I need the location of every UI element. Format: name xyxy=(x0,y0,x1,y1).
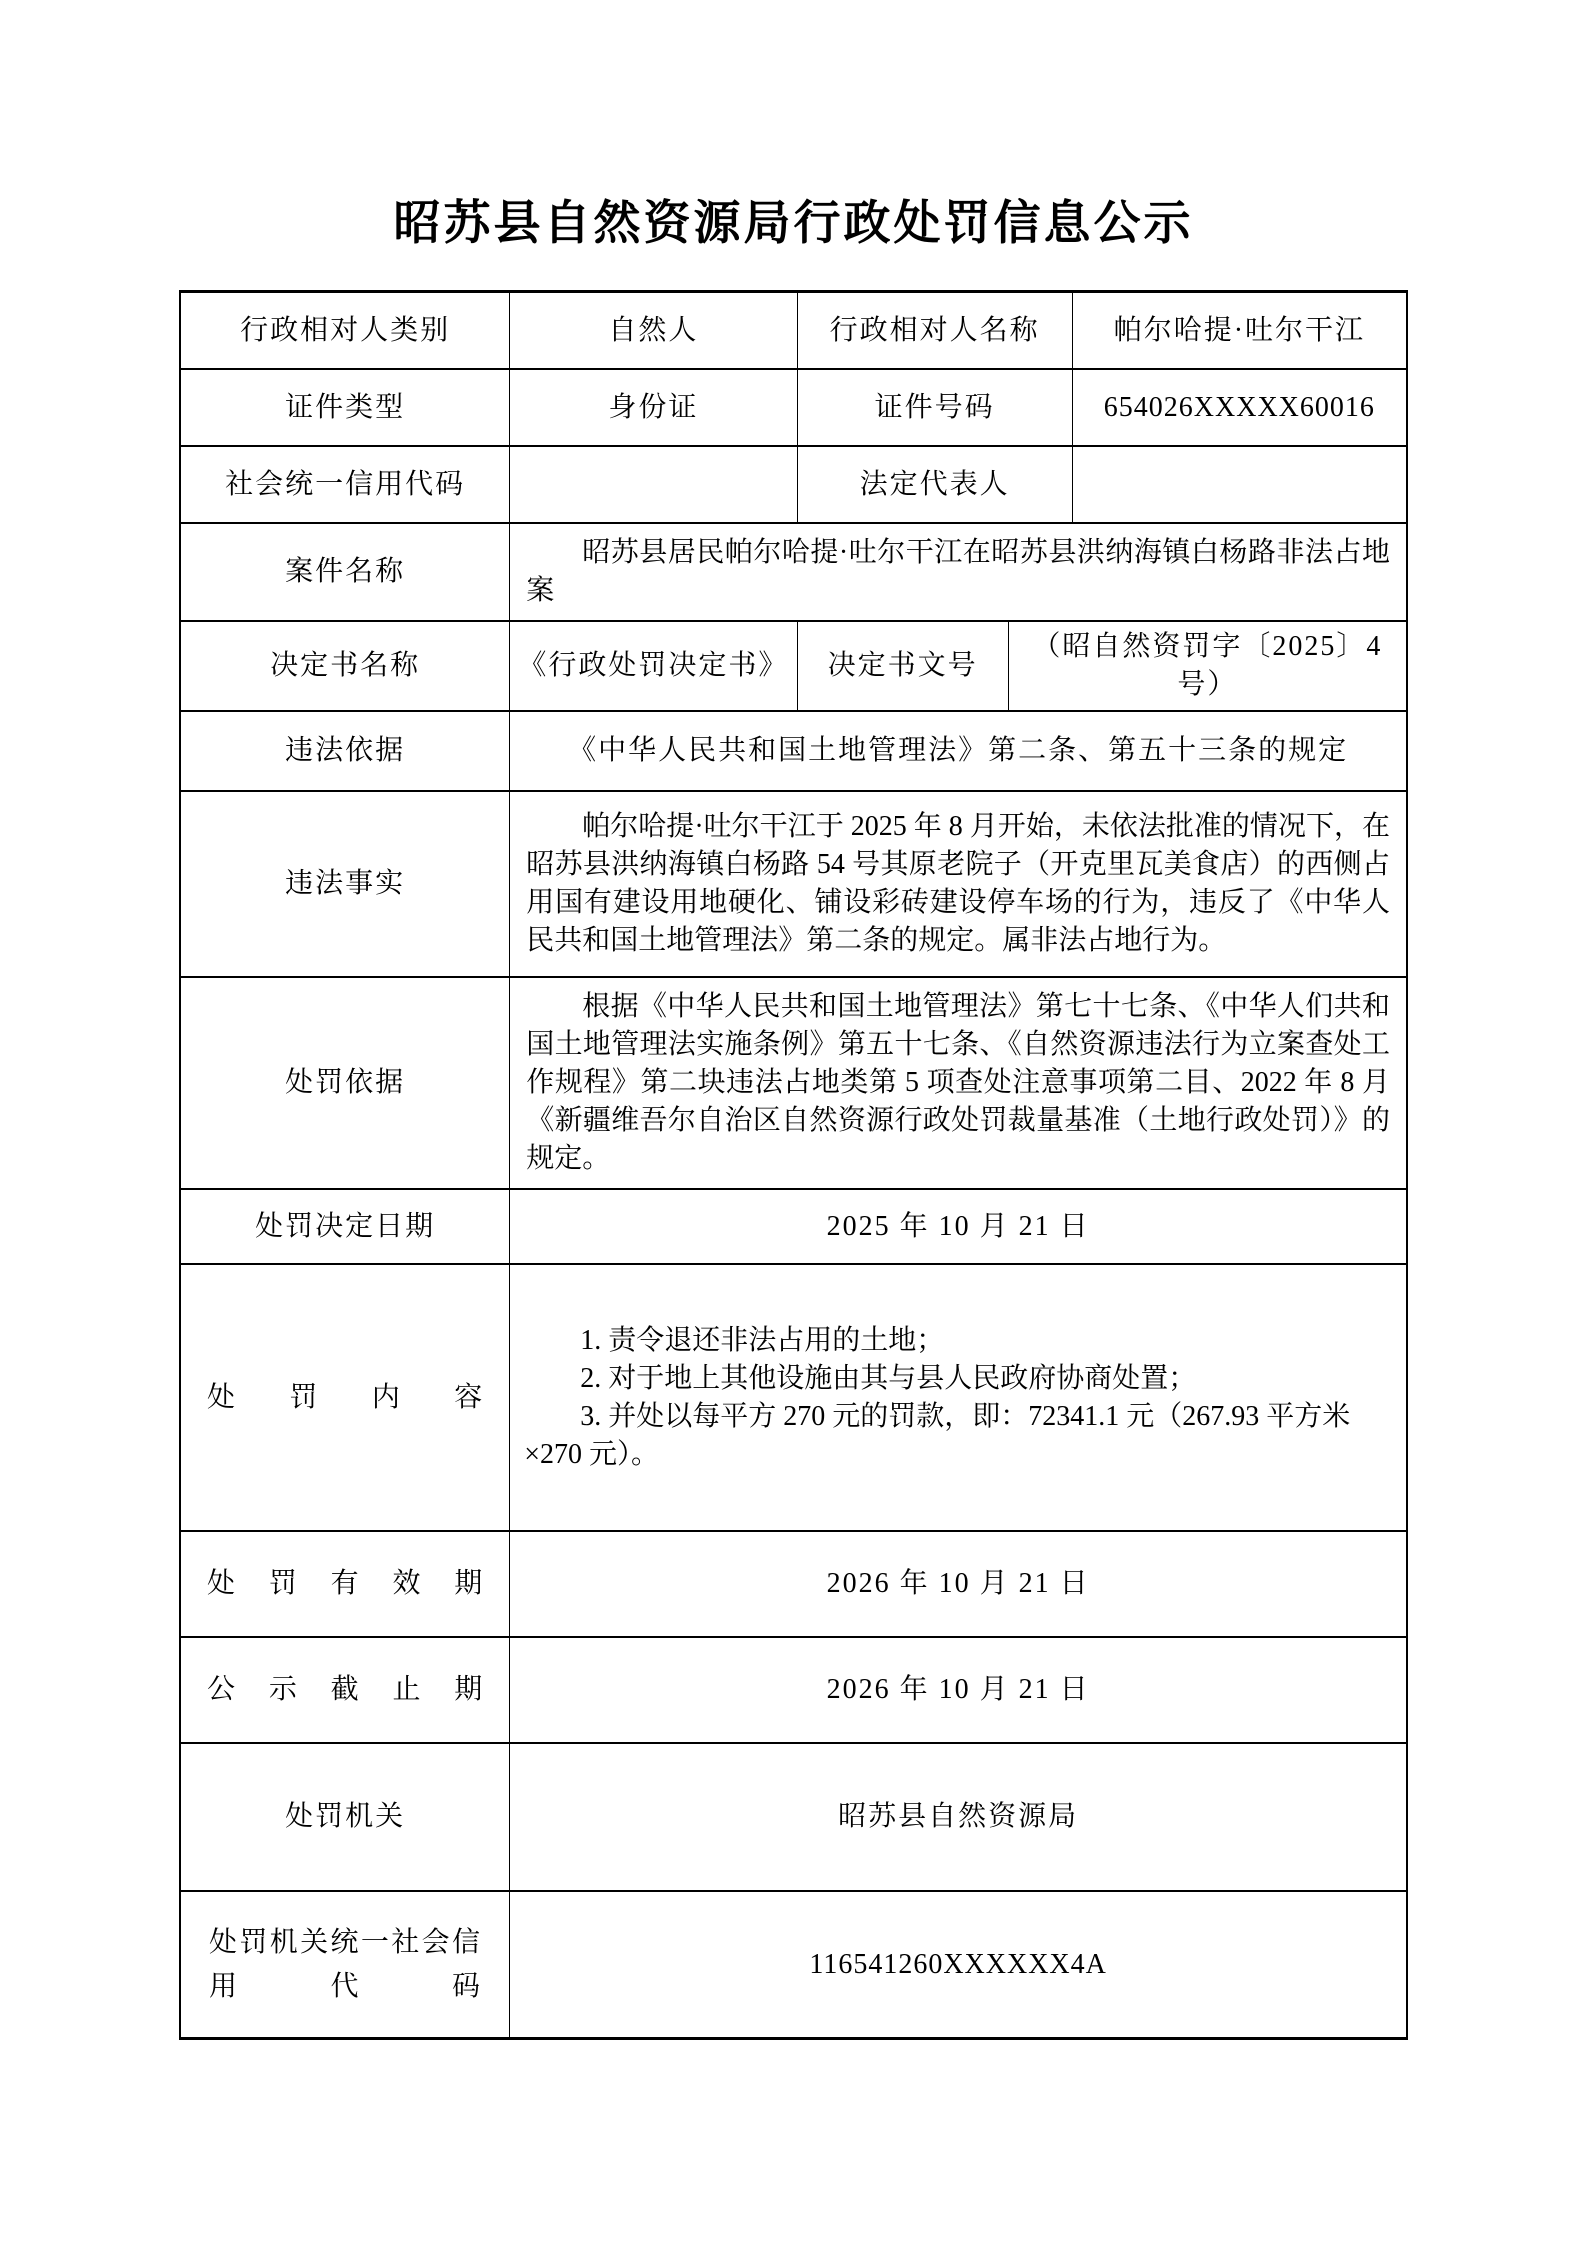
social-credit-code-value xyxy=(509,447,796,522)
violation-facts-value: 帕尔哈提·吐尔干江于 2025 年 8 月开始，未依法批准的情况下，在昭苏县洪纳… xyxy=(509,792,1406,976)
party-name-value: 帕尔哈提·吐尔干江 xyxy=(1072,293,1406,368)
table-row: 证件类型 身份证 证件号码 654026XXXXX60016 xyxy=(181,370,1406,447)
publicity-deadline-label-text: 公 示 截 止 期 xyxy=(207,1671,483,1709)
authority-credit-code-label-text: 处罚机关统一社会信用代码 xyxy=(209,1921,481,2009)
legal-representative-label: 法定代表人 xyxy=(797,447,1072,522)
table-row: 处罚依据 根据《中华人民共和国土地管理法》第七十七条、《中华人们共和国土地管理法… xyxy=(181,978,1406,1190)
legal-representative-value xyxy=(1072,447,1406,522)
case-name-value: 昭苏县居民帕尔哈提·吐尔干江在昭苏县洪纳海镇白杨路非法占地案 xyxy=(509,524,1406,620)
table-row: 社会统一信用代码 法定代表人 xyxy=(181,447,1406,524)
document-title: 昭苏县自然资源局行政处罚信息公示 xyxy=(179,196,1408,252)
table-row: 处罚决定日期 2025 年 10 月 21 日 xyxy=(181,1190,1406,1265)
party-name-label: 行政相对人名称 xyxy=(797,293,1072,368)
penalty-content-item: 3. 并处以每平方 270 元的罚款，即：72341.1 元（267.93 平方… xyxy=(524,1398,1390,1474)
case-name-label: 案件名称 xyxy=(181,524,509,620)
table-row: 违法事实 帕尔哈提·吐尔干江于 2025 年 8 月开始，未依法批准的情况下，在… xyxy=(181,792,1406,978)
decision-doc-name-value: 《行政处罚决定书》 xyxy=(509,622,796,710)
cert-number-label: 证件号码 xyxy=(797,370,1072,445)
table-row: 处 罚 有 效 期 2026 年 10 月 21 日 xyxy=(181,1532,1406,1638)
penalty-authority-value: 昭苏县自然资源局 xyxy=(509,1744,1406,1890)
authority-credit-code-value: 116541260XXXXXX4A xyxy=(509,1892,1406,2037)
table-row: 行政相对人类别 自然人 行政相对人名称 帕尔哈提·吐尔干江 xyxy=(181,293,1406,370)
authority-credit-code-label: 处罚机关统一社会信用代码 xyxy=(181,1892,509,2037)
cert-number-value: 654026XXXXX60016 xyxy=(1072,370,1406,445)
publicity-deadline-label: 公 示 截 止 期 xyxy=(181,1638,509,1742)
penalty-content-label-text: 处 罚 内 容 xyxy=(207,1379,483,1417)
cert-type-label: 证件类型 xyxy=(181,370,509,445)
penalty-content-label: 处 罚 内 容 xyxy=(181,1265,509,1530)
decision-doc-name-label: 决定书名称 xyxy=(181,622,509,710)
penalty-validity-label: 处 罚 有 效 期 xyxy=(181,1532,509,1636)
violation-basis-value: 《中华人民共和国土地管理法》第二条、第五十三条的规定 xyxy=(509,712,1406,790)
decision-doc-number-label: 决定书文号 xyxy=(797,622,1008,710)
penalty-content-item: 1. 责令退还非法占用的土地； xyxy=(524,1322,1390,1360)
table-row: 违法依据 《中华人民共和国土地管理法》第二条、第五十三条的规定 xyxy=(181,712,1406,792)
penalty-content-item: 2. 对于地上其他设施由其与县人民政府协商处置； xyxy=(524,1360,1390,1398)
penalty-validity-value: 2026 年 10 月 21 日 xyxy=(509,1532,1406,1636)
table-row: 处 罚 内 容 1. 责令退还非法占用的土地； 2. 对于地上其他设施由其与县人… xyxy=(181,1265,1406,1532)
penalty-basis-label: 处罚依据 xyxy=(181,978,509,1188)
document-page: 昭苏县自然资源局行政处罚信息公示 行政相对人类别 自然人 行政相对人名称 帕尔哈… xyxy=(179,196,1408,2040)
penalty-content-value: 1. 责令退还非法占用的土地； 2. 对于地上其他设施由其与县人民政府协商处置；… xyxy=(509,1265,1406,1530)
table-row: 处罚机关统一社会信用代码 116541260XXXXXX4A xyxy=(181,1892,1406,2037)
table-row: 处罚机关 昭苏县自然资源局 xyxy=(181,1744,1406,1892)
table-row: 决定书名称 《行政处罚决定书》 决定书文号 （昭自然资罚字〔2025〕4 号） xyxy=(181,622,1406,712)
table-row: 公 示 截 止 期 2026 年 10 月 21 日 xyxy=(181,1638,1406,1744)
violation-basis-label: 违法依据 xyxy=(181,712,509,790)
cert-type-value: 身份证 xyxy=(509,370,796,445)
penalty-validity-label-text: 处 罚 有 效 期 xyxy=(207,1565,483,1603)
case-name-text: 昭苏县居民帕尔哈提·吐尔干江在昭苏县洪纳海镇白杨路非法占地案 xyxy=(526,534,1390,610)
penalty-decision-date-label: 处罚决定日期 xyxy=(181,1190,509,1263)
penalty-authority-label: 处罚机关 xyxy=(181,1744,509,1890)
table-row: 案件名称 昭苏县居民帕尔哈提·吐尔干江在昭苏县洪纳海镇白杨路非法占地案 xyxy=(181,524,1406,622)
violation-facts-text: 帕尔哈提·吐尔干江于 2025 年 8 月开始，未依法批准的情况下，在昭苏县洪纳… xyxy=(526,808,1390,960)
publicity-deadline-value: 2026 年 10 月 21 日 xyxy=(509,1638,1406,1742)
penalty-basis-text: 根据《中华人民共和国土地管理法》第七十七条、《中华人们共和国土地管理法实施条例》… xyxy=(526,988,1390,1178)
social-credit-code-label: 社会统一信用代码 xyxy=(181,447,509,522)
penalty-basis-value: 根据《中华人民共和国土地管理法》第七十七条、《中华人们共和国土地管理法实施条例》… xyxy=(509,978,1406,1188)
decision-doc-number-value: （昭自然资罚字〔2025〕4 号） xyxy=(1008,622,1406,710)
violation-facts-label: 违法事实 xyxy=(181,792,509,976)
penalty-decision-date-value: 2025 年 10 月 21 日 xyxy=(509,1190,1406,1263)
penalty-info-table: 行政相对人类别 自然人 行政相对人名称 帕尔哈提·吐尔干江 证件类型 身份证 证… xyxy=(179,290,1408,2040)
party-type-label: 行政相对人类别 xyxy=(181,293,509,368)
party-type-value: 自然人 xyxy=(509,293,796,368)
